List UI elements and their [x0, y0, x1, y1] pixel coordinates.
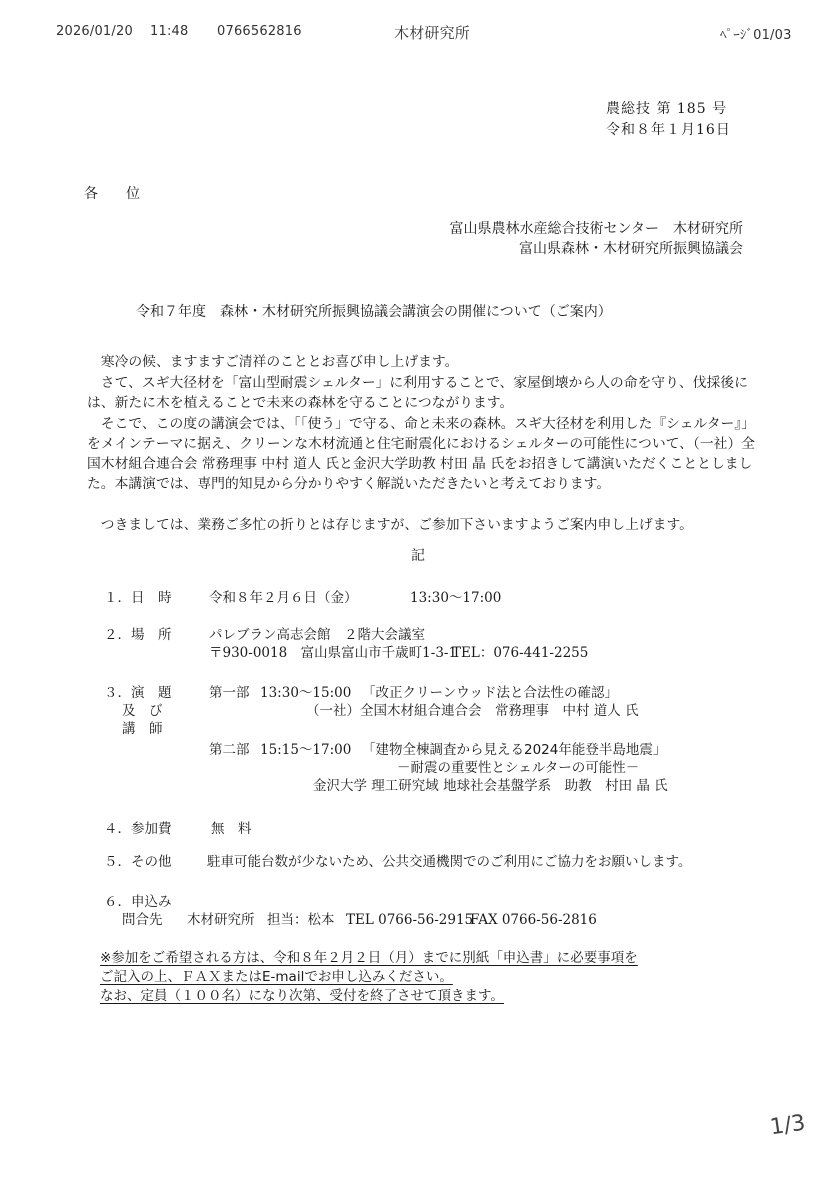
part2-speaker: 金沢大学 理工研究域 地球社会基盤学系 助教 村田 晶 氏 [313, 777, 668, 795]
notice-line-1: ※参加をご希望される方は、令和８年２月２日（月）までに別紙「申込書」に必要事項を [100, 949, 638, 967]
addressee: 各 位 [84, 185, 140, 203]
venue-name: パレブラン高志会館 ２階大会議室 [209, 626, 425, 644]
program-label-3: 講 師 [122, 720, 163, 738]
ki-heading: 記 [411, 547, 425, 565]
date-label: １．日 時 [104, 589, 172, 607]
fax-sender: 木材研究所 [394, 22, 470, 43]
part1-name: 第一部 [209, 684, 250, 702]
document-number: 農総技 第 185 号 [606, 100, 727, 118]
program-label-2: 及 び [122, 702, 163, 720]
part2-time: 15:15～17:00 [260, 741, 351, 759]
venue-tel: TEL：076-441-2255 [452, 644, 588, 662]
contact-tel: TEL 0766-56-2915 [346, 911, 473, 929]
notice-line-2: ご記入の上、ＦＡＸまたはE-mailでお申し込みください。 [100, 968, 453, 986]
venue-address: 〒930-0018 富山県富山市千歳町1-3-1 [209, 644, 457, 662]
part1-title: 「改正クリーンウッド法と合法性の確認」 [362, 684, 618, 702]
fax-date: 2026/01/20 [56, 24, 133, 39]
other-value: 駐車可能台数が少ないため、公共交通機関でのご利用にご協力をお願いします。 [207, 853, 691, 871]
notice-line-3: なお、定員（１００名）になり次第、受付を終了させて頂きます。 [100, 987, 504, 1005]
part2-title: 「建物全棟調査から見える2024年能登半島地震」 [362, 741, 666, 759]
part2-subtitle: －耐震の重要性とシェルターの可能性－ [397, 759, 639, 777]
program-label-1: ３．演 題 [104, 684, 172, 702]
handwritten-page-mark: 1/3 [768, 1111, 807, 1141]
closing-paragraph: つきましては、業務ご多忙の折りとは存じますが、ご参加下さいますようご案内申し上げ… [87, 515, 767, 535]
greeting-paragraph: 寒冷の候、ますますご清祥のこととお喜び申し上げます。 [87, 352, 767, 372]
contact-org: 木材研究所 [187, 911, 255, 929]
part1-time: 13:30～15:00 [260, 684, 351, 702]
contact-person: 担当：松本 [267, 911, 335, 929]
contact-label-2: 問合先 [122, 911, 163, 929]
date-value: 令和８年２月６日（金） [209, 589, 358, 607]
fax-page: ﾍﾟｰｼﾞ01/03 [720, 24, 792, 43]
other-label: ５．その他 [104, 853, 172, 871]
lecture-paragraph: そこで、この度の講演会では、「「使う」で守る、命と未来の森林。スギ大径材を利用し… [87, 414, 767, 494]
sender-org-1: 富山県農林水産総合技術センター 木材研究所 [450, 218, 743, 238]
contact-label-1: ６．申込み [104, 893, 172, 911]
fee-value: 無 料 [211, 820, 252, 838]
contact-fax: FAX 0766-56-2816 [470, 911, 597, 929]
sender-org-2: 富山県森林・木材研究所振興協議会 [519, 238, 743, 258]
document-title: 令和７年度 森林・木材研究所振興協議会講演会の開催について（ご案内） [136, 301, 612, 321]
fax-time: 11:48 [150, 24, 188, 39]
fax-number: 0766562816 [217, 24, 302, 39]
background-paragraph: さて、スギ大径材を「富山型耐震シェルター」に利用することで、家屋倒壊から人の命を… [87, 373, 767, 413]
part2-name: 第二部 [209, 741, 250, 759]
venue-label: ２．場 所 [104, 626, 172, 644]
date-time: 13:30～17:00 [410, 589, 501, 607]
fee-label: ４．参加費 [104, 820, 172, 838]
document-date: 令和８年１月16日 [606, 121, 731, 139]
part1-speaker: （一社）全国木材組合連合会 常務理事 中村 道人 氏 [306, 702, 639, 720]
